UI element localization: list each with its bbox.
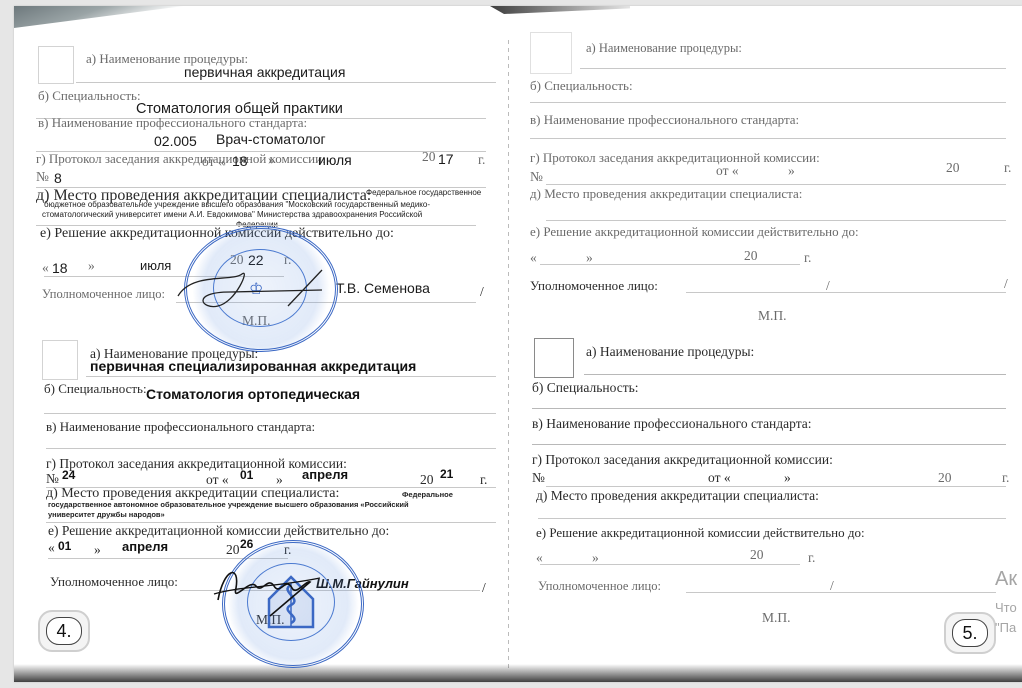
authorized-label: Уполномоченное лицо: <box>530 278 658 294</box>
decision-label: е) Решение аккредитационной комиссии дей… <box>530 224 859 240</box>
procedure-label: а) Наименование процедуры: <box>586 40 742 56</box>
close-quote: » <box>788 163 795 179</box>
place-value-line1: Федеральное <box>402 490 453 500</box>
year-prefix: 20 <box>946 160 960 176</box>
checkbox-square <box>42 340 78 380</box>
year-prefix: 20 <box>226 542 240 558</box>
protocol-number-prefix: № <box>36 169 49 185</box>
activation-watermark-title: Ак <box>995 568 1017 591</box>
underline <box>532 444 1006 445</box>
standard-label: в) Наименование профессионального станда… <box>530 112 799 128</box>
procedure-label: а) Наименование процедуры: <box>586 344 754 360</box>
underline <box>546 486 1006 487</box>
slash: / <box>826 278 830 294</box>
open-quote: « <box>42 260 49 276</box>
activation-watermark-line: Что <box>995 600 1017 615</box>
seal-label: М.П. <box>762 610 791 626</box>
underline <box>686 292 1006 293</box>
year-prefix: 20 <box>750 547 764 563</box>
year-suffix: г. <box>804 250 811 266</box>
protocol-number-prefix: № <box>530 169 543 185</box>
checkbox-square <box>534 338 574 378</box>
standard-label: в) Наименование профессионального станда… <box>38 115 307 131</box>
protocol-label: г) Протокол заседания аккредитационной к… <box>530 150 820 166</box>
underline <box>546 184 1006 185</box>
open-quote: « <box>530 250 537 266</box>
authorized-label: Уполномоченное лицо: <box>42 286 165 302</box>
protocol-day: 18 <box>232 153 248 169</box>
specialty-label: б) Специальность: <box>532 380 639 396</box>
authorized-name: Т.В. Семенова <box>336 280 430 296</box>
year-suffix: г. <box>1002 470 1009 486</box>
year-suffix: г. <box>480 472 487 488</box>
protocol-month: апреля <box>302 467 348 483</box>
place-value-line2: государственное автономное образовательн… <box>48 500 409 510</box>
checkbox-square <box>530 32 572 74</box>
decision-label: е) Решение аккредитационной комиссии дей… <box>536 525 865 541</box>
activation-watermark-line: "Па <box>995 620 1016 635</box>
specialty-label: б) Специальность: <box>44 381 147 397</box>
checkbox-square <box>38 46 74 84</box>
protocol-number: 24 <box>62 467 75 483</box>
valid-day: 01 <box>58 538 71 554</box>
authorized-label: Уполномоченное лицо: <box>538 578 661 594</box>
underline <box>532 408 1006 409</box>
year-suffix: г. <box>808 550 815 566</box>
authorized-label: Уполномоченное лицо: <box>50 574 178 590</box>
place-value-line3: университет дружбы народов» <box>48 510 165 520</box>
specialty-label: б) Специальность: <box>38 88 141 104</box>
year-prefix: 20 <box>744 248 758 264</box>
page-number-badge: 4. <box>38 610 90 652</box>
standard-label: в) Наименование профессионального станда… <box>532 416 812 432</box>
slash: / <box>1004 276 1008 292</box>
year-suffix: г. <box>1004 160 1011 176</box>
close-quote: » <box>94 542 101 558</box>
specialty-label: б) Специальность: <box>530 78 633 94</box>
page-number: 4. <box>46 617 82 645</box>
underline <box>76 82 496 83</box>
underline <box>540 264 800 265</box>
page-edge-shadow <box>14 664 1022 682</box>
year-suffix: г. <box>478 152 485 168</box>
underline <box>86 376 496 377</box>
underline <box>46 448 496 449</box>
protocol-year: 21 <box>440 466 453 482</box>
from-label: от « <box>716 163 739 179</box>
procedure-value: первичная специализированная аккредитаци… <box>90 358 416 374</box>
open-quote: « <box>48 540 55 556</box>
from-label: от « <box>708 470 731 486</box>
procedure-value: первичная аккредитация <box>184 64 345 80</box>
place-value-line1: Федеральное государственное <box>366 188 481 198</box>
place-value-line3: стоматологический университет имени А.И.… <box>42 210 422 220</box>
underline <box>580 68 1006 69</box>
protocol-number-prefix: № <box>532 470 545 486</box>
protocol-day: 01 <box>240 467 253 483</box>
slash: / <box>480 284 484 300</box>
place-label: д) Место проведения аккредитации специал… <box>530 186 802 202</box>
protocol-number: 8 <box>54 170 62 186</box>
year-prefix: 20 <box>938 470 952 486</box>
valid-year: 26 <box>240 536 253 552</box>
slash: / <box>482 580 486 596</box>
underline <box>530 138 1006 139</box>
decision-label: е) Решение аккредитационной комиссии дей… <box>48 523 389 539</box>
underline <box>530 102 1006 103</box>
protocol-year: 17 <box>438 151 454 167</box>
underline <box>540 564 800 565</box>
underline <box>686 592 996 593</box>
underline <box>584 374 1006 375</box>
standard-name: Врач-стоматолог <box>216 131 326 147</box>
valid-month: апреля <box>122 539 168 555</box>
year-prefix: 20 <box>422 149 436 165</box>
close-quote: » <box>784 470 791 486</box>
underline <box>44 413 496 414</box>
signature-semenova <box>172 262 342 312</box>
signature-gaynulin <box>210 558 330 618</box>
close-quote: » <box>88 258 95 274</box>
from-label: от « <box>202 154 225 170</box>
standard-code: 02.005 <box>154 133 197 149</box>
protocol-number-prefix: № <box>46 471 59 487</box>
protocol-month: июля <box>318 152 352 168</box>
page-number: 5. <box>952 619 988 647</box>
close-quote: » <box>268 152 275 168</box>
protocol-label: г) Протокол заседания аккредитационной к… <box>532 452 833 468</box>
underline <box>546 220 1006 221</box>
seal-label: М.П. <box>758 308 787 324</box>
slash: / <box>830 578 834 594</box>
protocol-label: г) Протокол заседания аккредитационной к… <box>36 151 326 167</box>
place-label: д) Место проведения аккредитации специал… <box>536 488 819 504</box>
standard-label: в) Наименование профессионального станда… <box>46 419 315 435</box>
specialty-value: Стоматология ортопедическая <box>146 386 360 402</box>
place-value-line2: бюджетное образовательное учреждение выс… <box>44 200 430 210</box>
year-prefix: 20 <box>420 472 434 488</box>
valid-day: 18 <box>52 260 68 276</box>
valid-month: июля <box>140 258 171 274</box>
book-gutter <box>508 40 509 670</box>
underline <box>538 518 1006 519</box>
page-number-badge: 5. <box>944 612 996 654</box>
